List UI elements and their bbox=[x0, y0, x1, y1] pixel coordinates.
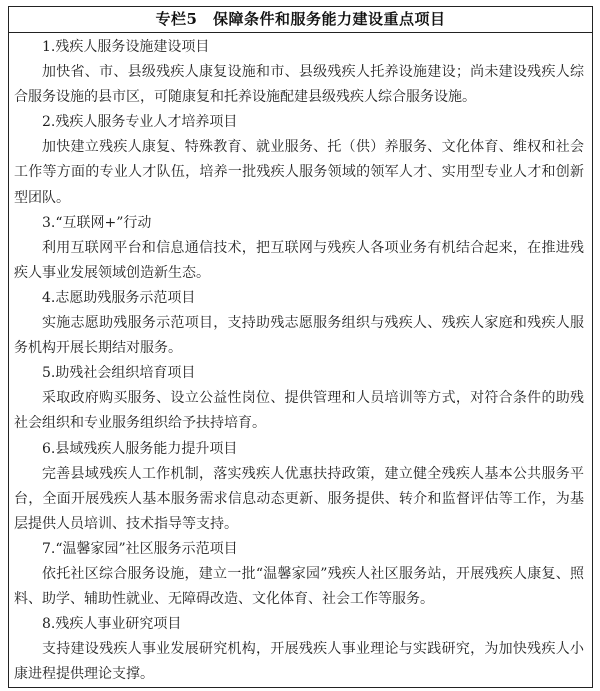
column-panel-box: 专栏5 保障条件和服务能力建设重点项目 1.残疾人服务设施建设项目加快省、市、县… bbox=[8, 6, 593, 688]
item-heading: 2.残疾人服务专业人才培养项目 bbox=[14, 110, 584, 135]
item-paragraph: 利用互联网平台和信息通信技术，把互联网与残疾人各项业务有机结合起来，在推进残疾人… bbox=[14, 236, 584, 286]
item-heading: 7.“温馨家园”社区服务示范项目 bbox=[14, 537, 584, 562]
item-heading: 5.助残社会组织培育项目 bbox=[14, 361, 584, 386]
panel-body: 1.残疾人服务设施建设项目加快省、市、县级残疾人康复设施和市、县级残疾人托养设施… bbox=[9, 33, 592, 687]
item-heading: 4.志愿助残服务示范项目 bbox=[14, 286, 584, 311]
item-paragraph: 采取政府购买服务、设立公益性岗位、提供管理和人员培训等方式，对符合条件的助残社会… bbox=[14, 386, 584, 436]
item-paragraph: 支持建设残疾人事业发展研究机构，开展残疾人事业理论与实践研究，为加快残疾人小康进… bbox=[14, 637, 584, 687]
item-heading: 6.县域残疾人服务能力提升项目 bbox=[14, 437, 584, 462]
item-paragraph: 实施志愿助残服务示范项目，支持助残志愿服务组织与残疾人、残疾人家庭和残疾人服务机… bbox=[14, 311, 584, 361]
item-heading: 8.残疾人事业研究项目 bbox=[14, 612, 584, 637]
item-paragraph: 加快建立残疾人康复、特殊教育、就业服务、托（供）养服务、文化体育、维权和社会工作… bbox=[14, 135, 584, 210]
panel-title: 专栏5 保障条件和服务能力建设重点项目 bbox=[9, 7, 592, 33]
item-paragraph: 完善县域残疾人工作机制，落实残疾人优惠扶持政策，建立健全残疾人基本公共服务平台，… bbox=[14, 462, 584, 537]
item-heading: 1.残疾人服务设施建设项目 bbox=[14, 35, 584, 60]
item-heading: 3.“互联网+”行动 bbox=[14, 211, 584, 236]
item-paragraph: 依托社区综合服务设施，建立一批“温馨家园”残疾人社区服务站，开展残疾人康复、照料… bbox=[14, 562, 584, 612]
item-paragraph: 加快省、市、县级残疾人康复设施和市、县级残疾人托养设施建设；尚未建设残疾人综合服… bbox=[14, 60, 584, 110]
